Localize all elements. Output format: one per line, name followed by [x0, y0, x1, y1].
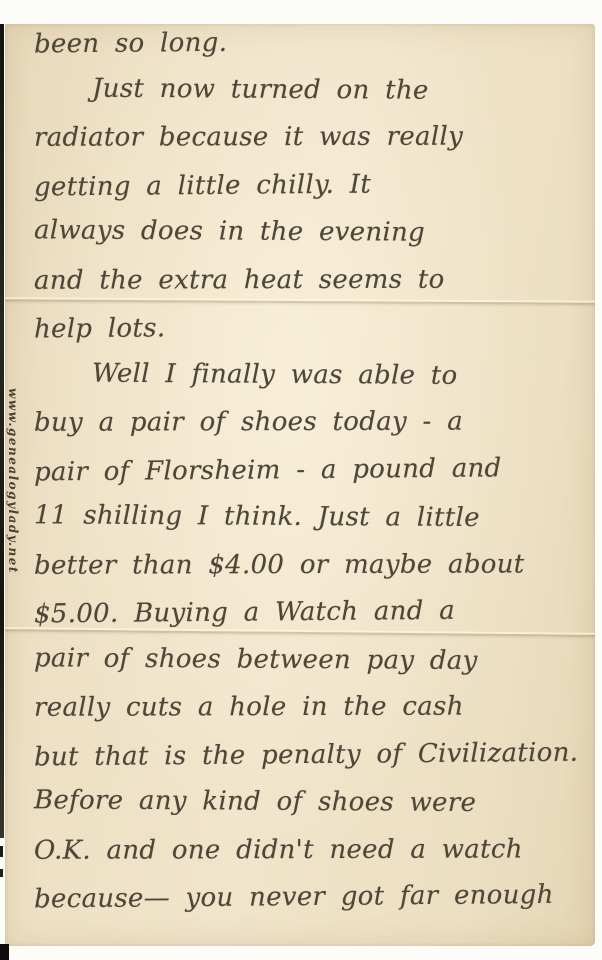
- handwritten-line: Well I finally was able to: [34, 349, 594, 400]
- handwritten-line: radiator because it was really: [34, 112, 594, 161]
- handwritten-line: and the extra heat seems to: [34, 255, 594, 304]
- watermark: www.genealogylady.net: [6, 388, 20, 574]
- handwritten-line: really cuts a hole in the cash: [34, 682, 594, 731]
- handwritten-line: Just now turned on the: [34, 64, 594, 115]
- handwritten-line: because— you never got far enough: [34, 871, 594, 923]
- handwritten-line: pair of shoes between pay day: [34, 634, 594, 685]
- handwritten-line: 11 shilling I think. Just a little: [34, 491, 594, 542]
- handwritten-line: getting a little chilly. It: [34, 158, 594, 210]
- handwritten-line: Before any kind of shoes were: [34, 776, 594, 827]
- handwritten-line: better than $4.00 or maybe about: [34, 540, 594, 589]
- handwritten-line: been so long.: [34, 16, 594, 68]
- handwritten-line: pair of Florsheim - a pound and: [34, 443, 594, 495]
- handwritten-line: buy a pair of shoes today - a: [34, 397, 594, 446]
- scan-corner-artifact: [0, 944, 9, 960]
- page-edge-mark: [0, 846, 3, 857]
- handwritten-line: help lots.: [34, 301, 594, 353]
- handwritten-line: but that is the penalty of Civilization.: [34, 728, 594, 780]
- page-edge-mark: [0, 869, 3, 877]
- handwritten-letter-body: been so long. Just now turned on the rad…: [34, 18, 594, 921]
- handwritten-line: always does in the evening: [34, 206, 594, 257]
- handwritten-line: O.K. and one didn't need a watch: [34, 825, 594, 874]
- handwritten-line: $5.00. Buying a Watch and a: [34, 586, 594, 638]
- letter-scan: www.genealogylady.net been so long. Just…: [0, 0, 602, 960]
- page-left-edge-shadow: [0, 24, 4, 838]
